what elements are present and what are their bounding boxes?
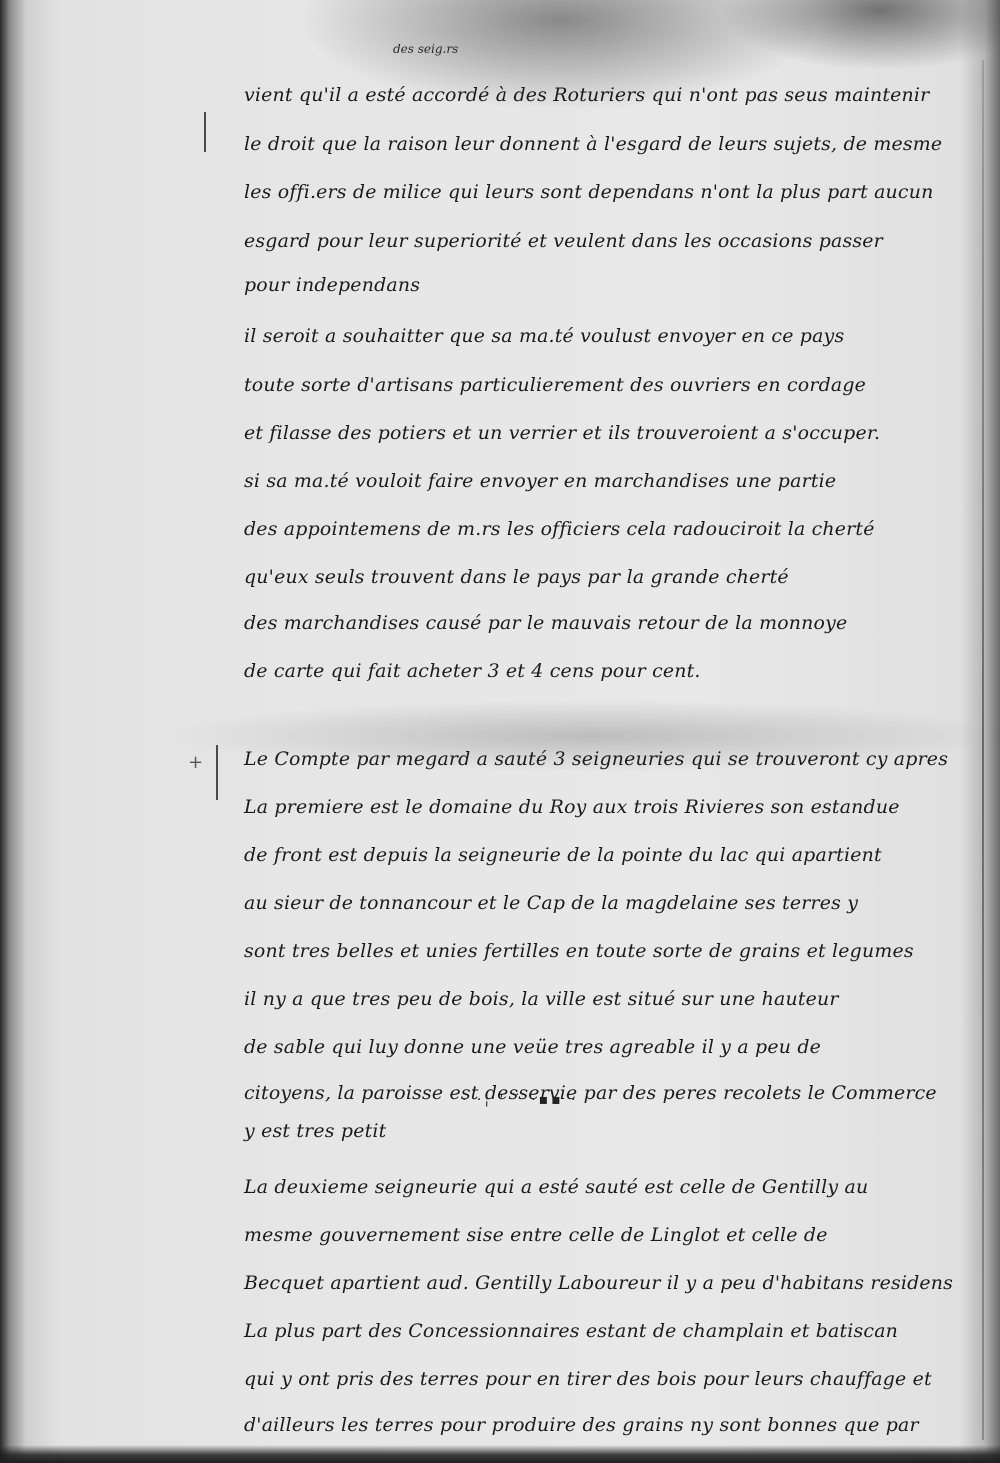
text-line: La premiere est le domaine du Roy aux tr… <box>244 796 970 818</box>
text-line: y est tres petit <box>244 1120 970 1142</box>
text-line: le droit que la raison leur donnent à l'… <box>244 133 970 155</box>
text-line: Becquet apartient aud. Gentilly Laboureu… <box>244 1272 970 1294</box>
manuscript-page: des seig.rs + vient qu'il a esté accordé… <box>0 0 1000 1463</box>
text-line: il seroit a souhaitter que sa ma.té voul… <box>244 325 970 347</box>
text-line: Le Compte par megard a sauté 3 seigneuri… <box>244 748 970 770</box>
text-line: qui y ont pris des terres pour en tirer … <box>244 1368 970 1390</box>
text-line: La deuxieme seigneurie qui a esté sauté … <box>244 1176 970 1198</box>
text-line: de front est depuis la seigneurie de la … <box>244 844 970 866</box>
text-line: il ny a que tres peu de bois, la ville e… <box>244 988 970 1010</box>
text-line: d'ailleurs les terres pour produire des … <box>244 1414 970 1436</box>
text-line: si sa ma.té vouloit faire envoyer en mar… <box>244 470 970 492</box>
text-line: vient qu'il a esté accordé à des Roturie… <box>244 84 970 106</box>
text-line: toute sorte d'artisans particulierement … <box>244 374 970 396</box>
margin-bracket-top <box>204 112 206 152</box>
text-line: citoyens, la paroisse est desservie par … <box>244 1082 970 1104</box>
header-note: des seig.rs <box>393 42 458 56</box>
text-line: pour independans <box>244 274 970 296</box>
text-line: des appointemens de m.rs les officiers c… <box>244 518 970 540</box>
text-line: La plus part des Concessionnaires estant… <box>244 1320 970 1342</box>
text-line: esgard pour leur superiorité et veulent … <box>244 230 970 252</box>
text-line: et filasse des potiers et un verrier et … <box>244 422 970 444</box>
margin-bracket-p3 <box>216 745 218 800</box>
text-line: de carte qui fait acheter 3 et 4 cens po… <box>244 660 970 682</box>
text-line: des marchandises causé par le mauvais re… <box>244 612 970 634</box>
ink-blot-marks: · ·¦ ' ˙ ·▪▪ · <box>462 1092 579 1108</box>
page-right-edge <box>982 60 984 1440</box>
text-line: les offi.ers de milice qui leurs sont de… <box>244 181 970 203</box>
text-line: de sable qui luy donne une veüe tres agr… <box>244 1036 970 1058</box>
text-line: mesme gouvernement sise entre celle de L… <box>244 1224 970 1246</box>
text-line: qu'eux seuls trouvent dans le pays par l… <box>244 566 970 588</box>
text-line: sont tres belles et unies fertilles en t… <box>244 940 970 962</box>
text-line: au sieur de tonnancour et le Cap de la m… <box>244 892 970 914</box>
margin-cross-mark: + <box>188 752 203 773</box>
